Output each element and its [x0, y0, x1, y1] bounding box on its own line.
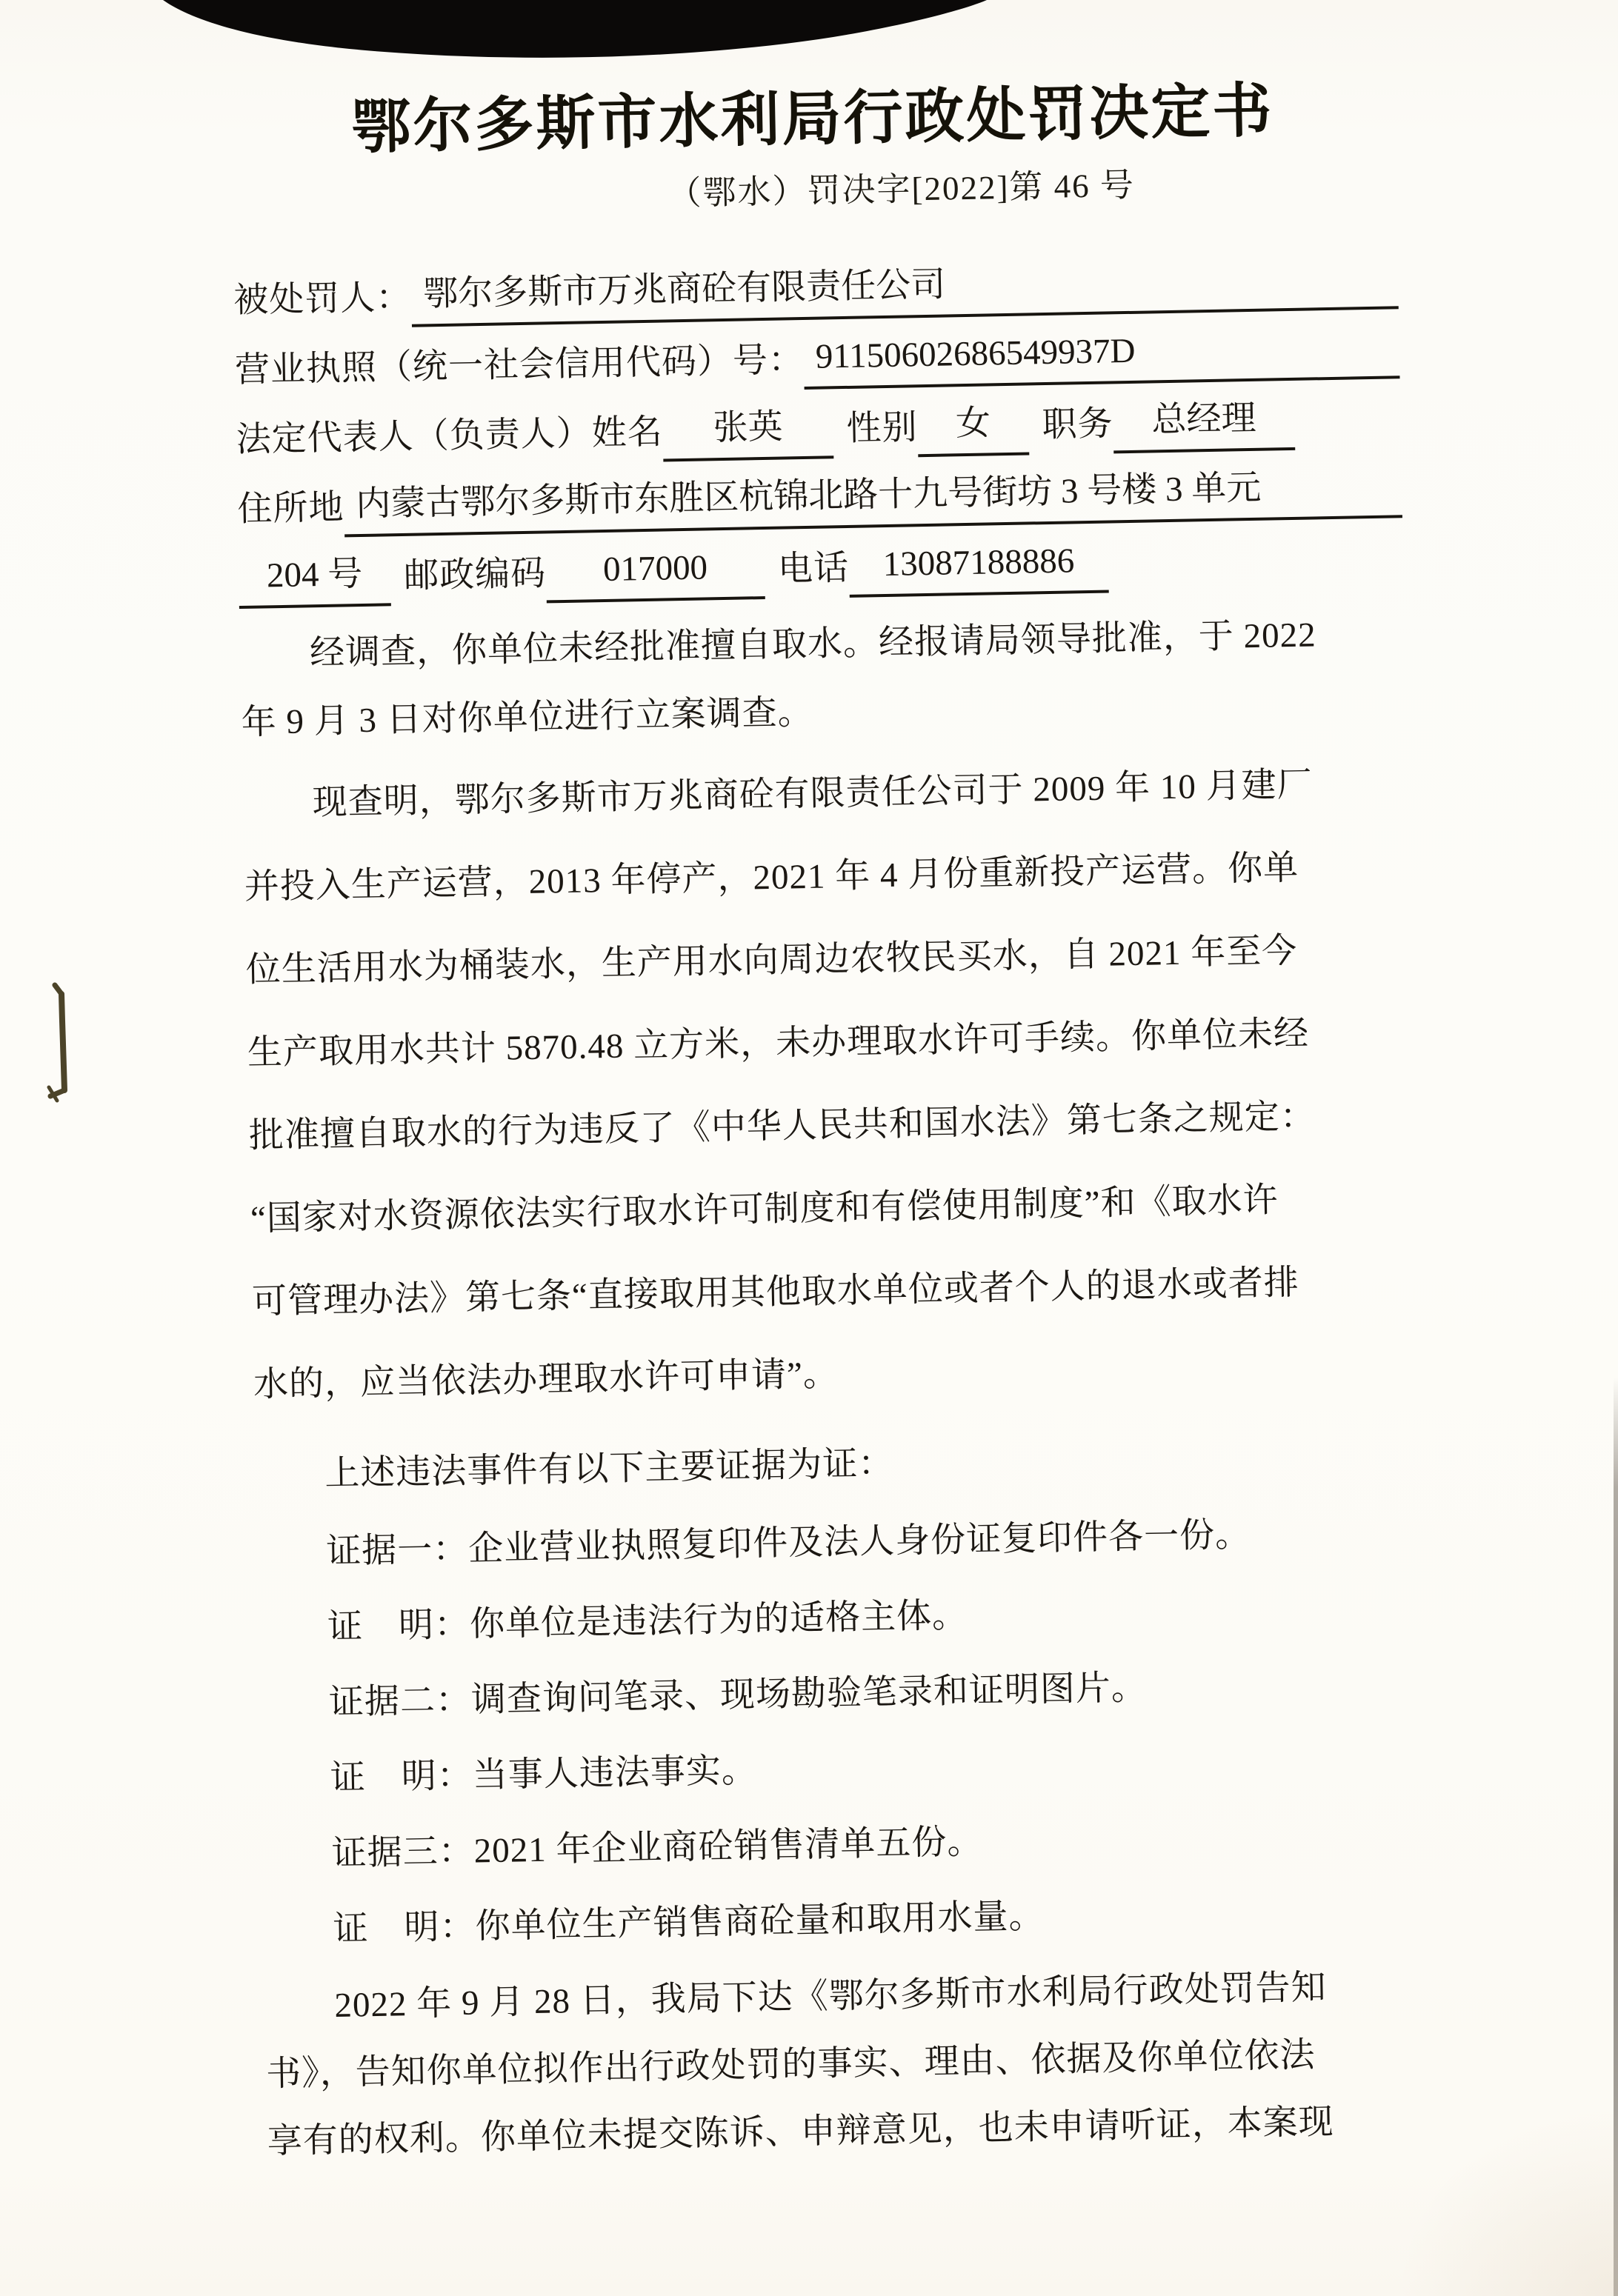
rep-label: 法定代表人（负责人）姓名	[236, 402, 663, 470]
penalized-label: 被处罚人：	[233, 267, 412, 330]
rep-name-value: 张英	[662, 396, 834, 461]
document-content: 鄂尔多斯市水利局行政处罚决定书 （鄂水）罚决字[2022]第 46 号 被处罚人…	[0, 0, 1618, 2176]
evidence-label: 证据二：	[328, 1672, 471, 1725]
address-label: 住所地	[237, 478, 344, 539]
evidence-label: 证 明：	[330, 1748, 473, 1801]
evidence-label: 证据一：	[326, 1521, 469, 1574]
scanned-document-page: 鄂尔多斯市水利局行政处罚决定书 （鄂水）罚决字[2022]第 46 号 被处罚人…	[0, 0, 1618, 2296]
paragraph-findings: 现查明，鄂尔多斯市万兆商砼有限责任公司于 2009 年 10 月建厂 并投入生产…	[242, 738, 1419, 1424]
phone-value: 13087188886	[848, 530, 1108, 597]
post-value: 总经理	[1113, 387, 1295, 453]
license-value: 91150602686549937D	[803, 316, 1399, 390]
evidence-text: 你单位生产销售商砼量和取用水量。	[475, 1889, 1045, 1949]
evidence-text: 2021 年企业商砼销售清单五份。	[473, 1814, 983, 1873]
paragraph-investigation: 经调查，你单位未经批准擅自取水。经报请局领导批准，于 2022 年 9 月 3 …	[239, 596, 1406, 754]
gender-value: 女	[917, 393, 1030, 457]
document-number: （鄂水）罚决字[2022]第 46 号	[319, 156, 1484, 222]
form-fields: 被处罚人： 鄂尔多斯市万兆商砼有限责任公司 营业执照（统一社会信用代码）号： 9…	[233, 239, 1403, 609]
paragraph-notice: 2022 年 9 月 28 日，我局下达《鄂尔多斯市水利局行政处罚告知 书》，告…	[264, 1949, 1433, 2172]
gender-label: 性别	[846, 398, 918, 458]
zip-label: 邮政编码	[403, 544, 546, 606]
phone-label: 电话	[777, 538, 849, 599]
license-label: 营业执照（统一社会信用代码）号：	[234, 330, 804, 400]
evidence-label: 证 明：	[327, 1597, 470, 1649]
post-label: 职务	[1042, 394, 1113, 455]
evidence-text: 调查询问笔录、现场勘验笔录和证明图片。	[470, 1660, 1147, 1722]
evidence-text: 当事人违法事实。	[472, 1743, 757, 1798]
evidence-text: 企业营业执照复印件及法人身份证复印件各一份。	[468, 1506, 1251, 1570]
evidence-label: 证据三：	[331, 1823, 474, 1876]
evidence-label: 证 明：	[333, 1899, 476, 1952]
evidence-text: 你单位是违法行为的适格主体。	[469, 1587, 968, 1646]
document-title: 鄂尔多斯市水利局行政处罚决定书	[230, 76, 1395, 164]
zip-value: 017000	[545, 537, 765, 603]
address-value-line2: 204 号	[238, 544, 391, 609]
evidence-list: 证据一：企业营业执照复印件及法人身份证复印件各一份。 证 明：你单位是违法行为的…	[256, 1491, 1428, 1966]
